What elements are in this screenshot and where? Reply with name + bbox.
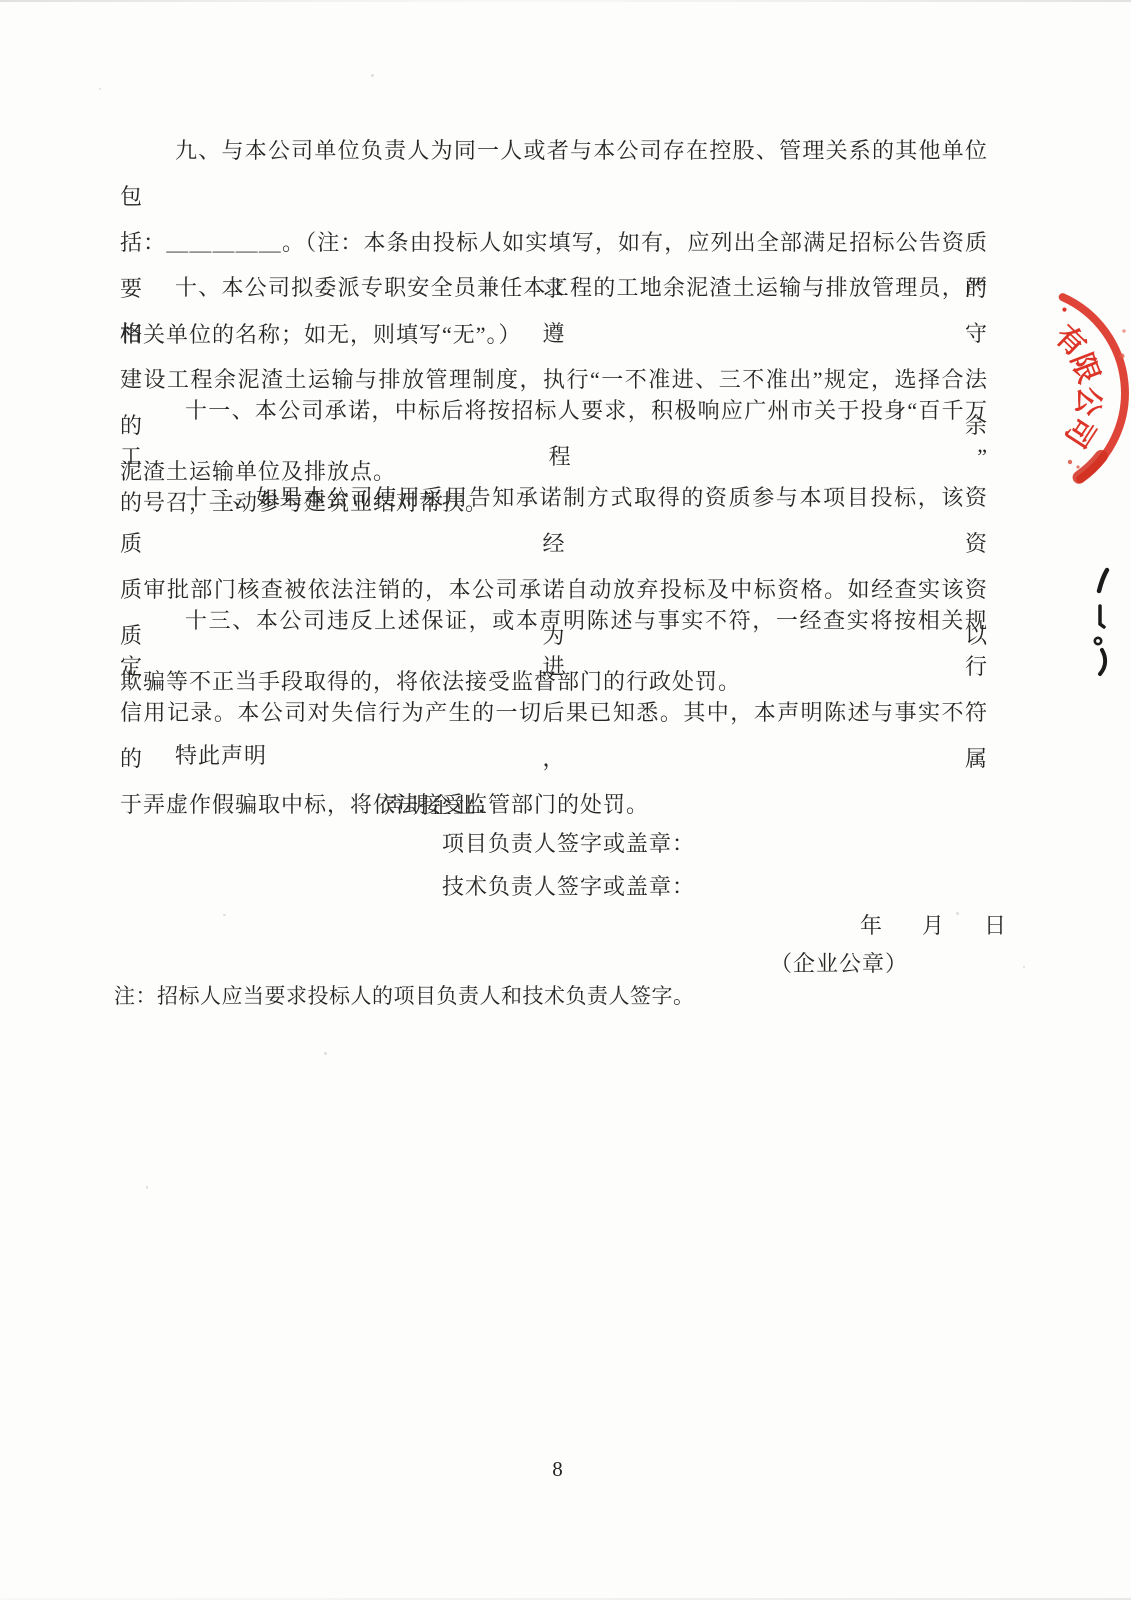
scan-speck (324, 1052, 327, 1055)
project-manager-signature-label: 项目负责人签字或盖章： (442, 830, 695, 858)
seal-char-si: 司 (1058, 411, 1101, 453)
scan-speck (1023, 966, 1025, 968)
clause-13-line-1: 十三、本公司违反上述保证，或本声明陈述与事实不符，一经查实将按相关规定进行 (120, 598, 988, 690)
scan-edge-top (0, 0, 1131, 2)
seal-ink-fleck (1122, 329, 1126, 333)
page-number: 8 (538, 1455, 578, 1483)
seal-border-arc (1063, 297, 1125, 479)
scan-speck (223, 914, 226, 916)
scanned-document-page: 九、与本公司单位负责人为同一人或者与本公司存在控股、管理关系的其他单位包 括：＿… (0, 0, 1131, 1600)
stray-ink-marks (1080, 555, 1131, 690)
seal-char-you: 有 (1048, 319, 1092, 363)
seal-ink-fleck (1120, 354, 1125, 359)
scan-speck (146, 1186, 148, 1189)
ink-mark-ring (1095, 638, 1101, 644)
declaring-company-label: 声明企业： (384, 792, 499, 820)
seal-ink-fleck (1076, 465, 1079, 468)
company-seal-note: （企业公章） (770, 950, 908, 978)
footnote: 注：招标人应当要求投标人的项目负责人和技术负责人签字。 (114, 982, 695, 1010)
date-day-label: 日 (984, 912, 1007, 940)
seal-char-gong: 公 (1070, 385, 1105, 418)
clause-13-paragraph: 十三、本公司违反上述保证，或本声明陈述与事实不符，一经查实将按相关规定进行 信用… (120, 598, 988, 828)
technical-manager-signature-label: 技术负责人签字或盖章： (442, 873, 695, 901)
scan-speck (956, 912, 959, 915)
declaration-statement: 特此声明 (175, 742, 267, 770)
seal-char-xian: 限 (1064, 349, 1105, 388)
scan-speck (371, 74, 374, 77)
date-month-label: 月 (922, 912, 945, 940)
ink-mark-bar (1100, 606, 1104, 627)
scan-speck (99, 88, 101, 90)
date-year-label: 年 (860, 912, 883, 940)
clause-11-line-1: 十一、本公司承诺，中标后将按招标人要求，积极响应广州市关于投身“百千万工程” (120, 388, 988, 480)
scan-speck (836, 610, 838, 612)
clause-12-line-1: 十二、如果本公司使用采用告知承诺制方式取得的资质参与本项目投标，该资质经资 (120, 475, 988, 567)
seal-border-arc-smudge (1079, 456, 1101, 477)
ink-mark-tick (1099, 570, 1107, 591)
clause-10-line-1: 十、本公司拟委派专职安全员兼任本工程的工地余泥渣土运输与排放管理员，严格遵守 (120, 265, 988, 357)
seal-separator-dot: · (1054, 295, 1075, 325)
clause-13-line-3: 于弄虚作假骗取中标，将依法接受监管部门的处罚。 (120, 782, 988, 828)
seal-ink-fleck (1068, 460, 1072, 464)
clause-9-line-1: 九、与本公司单位负责人为同一人或者与本公司存在控股、管理关系的其他单位包 (120, 128, 988, 220)
ink-mark-hook (1100, 650, 1105, 674)
date-line: 年 月 日 (860, 912, 1007, 940)
